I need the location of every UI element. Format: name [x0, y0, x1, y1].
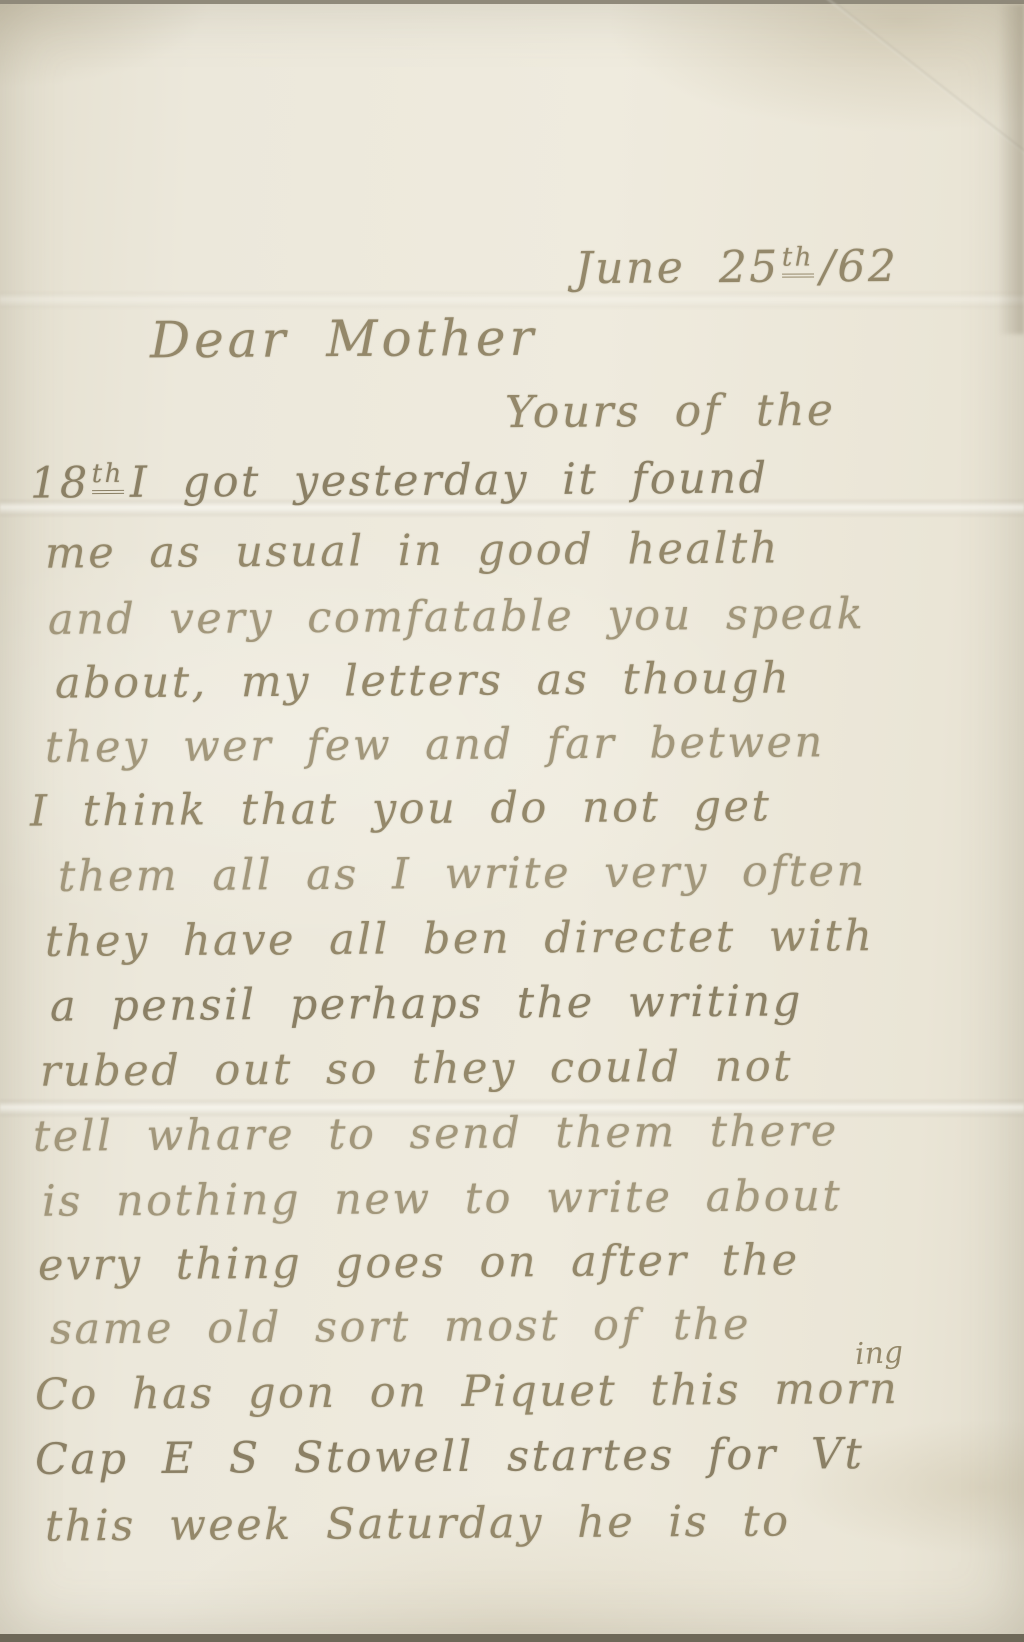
letter-page: June 25th/62 Dear Mother Yours of the 18… — [0, 4, 1024, 1634]
letter-line: rubed out so they could not — [40, 1041, 793, 1096]
corner-crease — [779, 0, 1024, 171]
letter-line: same old sort most of the — [50, 1300, 751, 1355]
date-prefix: June 25 — [575, 242, 780, 294]
letter-line: them all as I write very often — [58, 846, 867, 902]
letter-line: this week Saturday he is to — [45, 1496, 791, 1551]
letter-scan: June 25th/62 Dear Mother Yours of the 18… — [0, 0, 1024, 1642]
letter-line: Co has gon on Piquet this morn — [35, 1364, 900, 1420]
date-ordinal: th — [782, 243, 814, 278]
letter-line: and very comfatable you speak — [48, 589, 866, 645]
letter-line: Cap E S Stowell startes for Vt — [35, 1429, 865, 1485]
salutation: Dear Mother — [150, 309, 538, 370]
date-line: June 25th/62 — [575, 241, 899, 294]
letter-line: 18thI got yesterday it found — [30, 453, 769, 508]
letter-line: is nothing new to write about — [42, 1171, 843, 1227]
letter-line: I think that you do not get — [30, 781, 772, 836]
fold-crease — [0, 292, 1024, 308]
scanner-edge — [0, 1634, 1024, 1642]
date-year: /62 — [820, 241, 899, 293]
paper-edge-shadow — [998, 4, 1024, 334]
letter-line: about, my letters as though — [55, 653, 792, 708]
letter-line: me as usual in good health — [45, 523, 780, 578]
line-text: I got yesterday it found — [130, 453, 769, 507]
line-day-ordinal: th — [92, 459, 124, 494]
letter-line: a pensil perhaps the writing — [50, 976, 803, 1031]
letter-line: tell whare to send them there — [33, 1106, 839, 1162]
letter-line: they have all ben directet with — [45, 911, 875, 967]
opening-phrase: Yours of the — [505, 385, 836, 438]
letter-line: they wer few and far betwen — [45, 717, 825, 772]
letter-line: evry thing goes on after the — [38, 1235, 800, 1290]
inserted-word: ing — [854, 1335, 904, 1372]
line-day-number: 18 — [30, 458, 90, 508]
